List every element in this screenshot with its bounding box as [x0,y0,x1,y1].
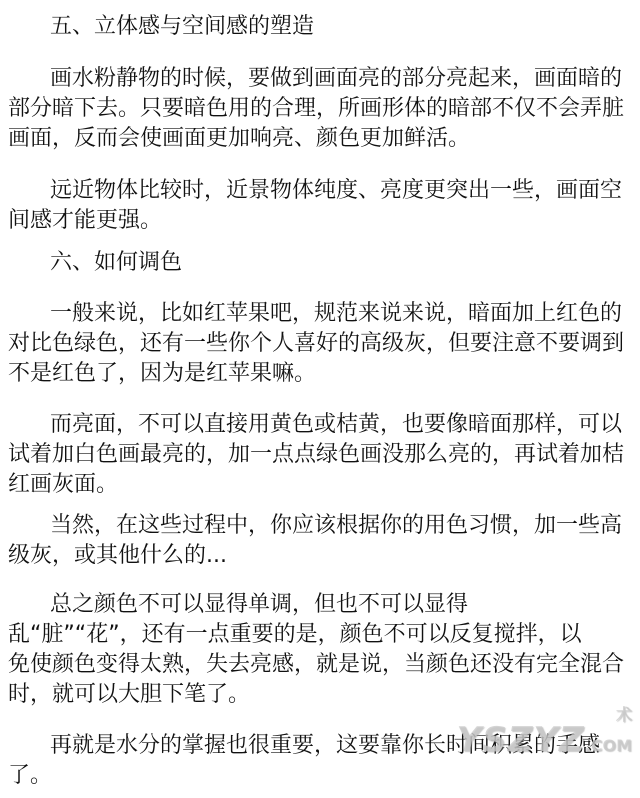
paragraph-line: 总之颜色不可以显得单调，但也不可以显得 [50,592,468,618]
paragraph-line: 间感才能更强。 [8,208,162,234]
paragraph-line: 乱“脏”“花”，还有一点重要的是，颜色不可以反复搅拌，以 [8,622,582,648]
paragraph-line: 不是红色了，因为是红苹果嘛。 [8,361,316,387]
site-watermark: 术 YSZYZ.COM [457,720,632,760]
paragraph-line: 当然，在这些过程中，你应该根据你的用色习惯，加一些高 [50,513,622,539]
paragraph-line: 免使颜色变得太熟，失去亮感，就是说，当颜色还没有完全混合 [8,652,624,678]
paragraph-line: 试着加白色画最亮的，加一点点绿色画没那么亮的，再试着加桔 [8,442,624,468]
paragraph-line: 时，就可以大胆下笔了。 [8,682,250,708]
paragraph-line: 一般来说，比如红苹果吧，规范来说来说，暗面加上红色的 [50,301,622,327]
watermark-logo: YSZYZ [457,720,585,760]
paragraph-line: 对比色绿色，还有一些你个人喜好的高级灰，但要注意不要调到 [8,331,624,357]
paragraph-line: 级灰，或其他什么的... [8,543,227,569]
paragraph-line: 远近物体比较时，近景物体纯度、亮度更突出一些，画面空 [50,178,622,204]
paragraph-line: 而亮面，不可以直接用黄色或桔黄，也要像暗面那样，可以 [50,412,622,438]
watermark-domain: .COM [585,736,632,755]
section-heading-6: 六、如何调色 [50,250,182,276]
paragraph-line: 红画灰面。 [8,472,118,498]
paragraph-line: 画水粉静物的时候，要做到画面亮的部分亮起来，画面暗的 [50,66,622,92]
paragraph-line: 画面，反而会使画面更加响亮、颜色更加鲜活。 [8,126,470,152]
section-heading-5: 五、立体感与空间感的塑造 [50,14,314,40]
paragraph-line: 了。 [8,763,52,789]
watermark-char: 术 [616,702,632,725]
paragraph-line: 部分暗下去。只要暗色用的合理，所画形体的暗部不仅不会弄脏 [8,96,624,122]
